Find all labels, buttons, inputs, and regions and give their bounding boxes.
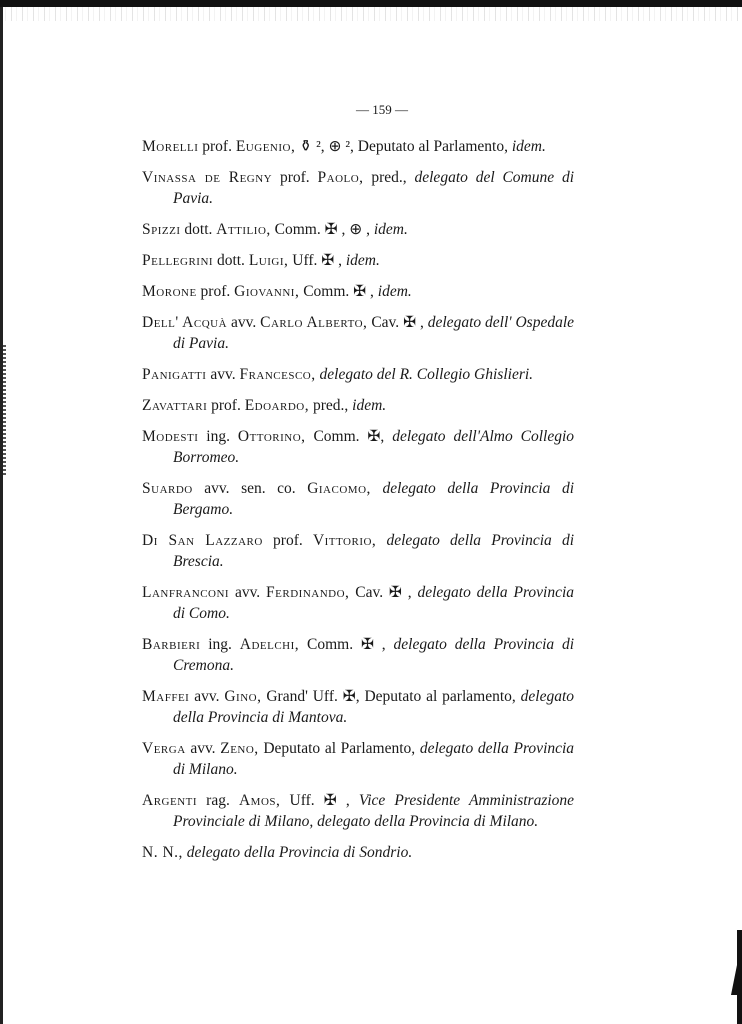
entry-title: avv.	[231, 314, 256, 331]
entry-honors: ⚱ ², ⊕ ², Deputato al Parlamento,	[299, 138, 508, 155]
entry-surname: Modesti	[142, 428, 198, 445]
entry-title: prof.	[273, 532, 303, 549]
entry-surname: Di San Lazzaro	[142, 532, 263, 549]
entry-role: idem.	[378, 283, 412, 300]
entry-given-name: Adelchi,	[240, 636, 299, 653]
entry-honors: pred.,	[371, 169, 406, 186]
entry-role: Vice Presidente Amministrazione Provinci…	[173, 792, 574, 830]
entry-honors: Comm. ✠ ,	[303, 283, 374, 300]
entry-given-name: Zeno,	[220, 740, 258, 757]
list-item: Spizzi dott. Attilio, Comm. ✠ , ⊕ , idem…	[142, 219, 574, 240]
list-item: Zavattari prof. Edoardo, pred., idem.	[142, 395, 574, 416]
scan-left-edge	[0, 7, 3, 1024]
scan-noise	[0, 7, 742, 21]
entry-title: avv.	[194, 688, 219, 705]
entry-surname: Morelli	[142, 138, 198, 155]
list-item: Suardo avv. sen. co. Giacomo, delegato d…	[142, 478, 574, 520]
entry-title: avv.	[190, 740, 215, 757]
entry-surname: Maffei	[142, 688, 189, 705]
list-item: Barbieri ing. Adelchi, Comm. ✠ , delegat…	[142, 634, 574, 676]
entry-role: idem.	[346, 252, 380, 269]
entry-surname: Morone	[142, 283, 197, 300]
entry-given-name: Ferdinando,	[266, 584, 349, 601]
scan-right-edge-shadow	[731, 965, 737, 995]
entry-honors: Cav. ✠ ,	[355, 584, 411, 601]
entry-surname: Spizzi	[142, 221, 181, 238]
entry-surname: Panigatti	[142, 366, 206, 383]
entry-title: prof.	[202, 138, 232, 155]
entry-role: delegato della Provincia di Sondrio.	[187, 844, 412, 861]
entry-given-name: Giovanni,	[234, 283, 299, 300]
entry-given-name: Ottorino,	[238, 428, 306, 445]
entry-given-name: Eugenio,	[236, 138, 296, 155]
entry-role: idem.	[352, 397, 386, 414]
entry-given-name: Luigi,	[249, 252, 289, 269]
entry-honors: Cav. ✠ ,	[371, 314, 424, 331]
scan-top-border	[0, 0, 742, 7]
entry-honors: pred.,	[313, 397, 348, 414]
list-item: Vinassa de Regny prof. Paolo, pred., del…	[142, 167, 574, 209]
list-item: Di San Lazzaro prof. Vittorio, delegato …	[142, 530, 574, 572]
entry-given-name: Paolo,	[318, 169, 364, 186]
scan-right-edge	[737, 930, 742, 1024]
entry-honors: Uff. ✠ ,	[292, 252, 342, 269]
entry-given-name: Carlo Alberto,	[260, 314, 367, 331]
delegate-list: Morelli prof. Eugenio, ⚱ ², ⊕ ², Deputat…	[142, 136, 574, 873]
entry-given-name: Gino,	[224, 688, 261, 705]
entry-honors: Comm. ✠ ,	[307, 636, 386, 653]
entry-given-name: Francesco,	[239, 366, 315, 383]
entry-role: idem.	[512, 138, 546, 155]
entry-surname: Vinassa de Regny	[142, 169, 272, 186]
entry-honors: Grand' Uff. ✠, Deputato al parlamento,	[266, 688, 515, 705]
entry-given-name: Giacomo,	[307, 480, 371, 497]
list-item: Argenti rag. Amos, Uff. ✠ , Vice Preside…	[142, 790, 574, 832]
entry-title: ing.	[208, 636, 232, 653]
list-item: Dell' Acquà avv. Carlo Alberto, Cav. ✠ ,…	[142, 312, 574, 354]
list-item: Maffei avv. Gino, Grand' Uff. ✠, Deputat…	[142, 686, 574, 728]
entry-given-name: Vittorio,	[313, 532, 376, 549]
entry-surname: Argenti	[142, 792, 197, 809]
entry-title: ing.	[206, 428, 230, 445]
entry-title: dott.	[184, 221, 212, 238]
entry-surname: Lanfranconi	[142, 584, 229, 601]
entry-honors: Deputato al Parlamento,	[263, 740, 415, 757]
entry-surname: Pellegrini	[142, 252, 213, 269]
entry-honors: Comm. ✠,	[313, 428, 384, 445]
entry-surname: Verga	[142, 740, 186, 757]
entry-title: avv.	[235, 584, 260, 601]
list-item: Lanfranconi avv. Ferdinando, Cav. ✠ , de…	[142, 582, 574, 624]
entry-surname: Dell' Acquà	[142, 314, 227, 331]
entry-role: delegato del R. Collegio Ghislieri.	[320, 366, 534, 383]
list-item: N. N., delegato della Provincia di Sondr…	[142, 842, 574, 863]
scan-left-edge-texture	[3, 345, 6, 475]
entry-surname: Barbieri	[142, 636, 200, 653]
list-item: Pellegrini dott. Luigi, Uff. ✠ , idem.	[142, 250, 574, 271]
list-item: Modesti ing. Ottorino, Comm. ✠, delegato…	[142, 426, 574, 468]
entry-title: avv. sen. co.	[204, 480, 295, 497]
entry-title: rag.	[206, 792, 230, 809]
entry-honors: Uff. ✠ ,	[290, 792, 350, 809]
entry-title: prof.	[201, 283, 231, 300]
entry-surname: Suardo	[142, 480, 193, 497]
entry-role: idem.	[374, 221, 408, 238]
entry-honors: Comm. ✠ , ⊕ ,	[275, 221, 370, 238]
entry-title: dott.	[217, 252, 245, 269]
entry-given-name: Edoardo,	[245, 397, 309, 414]
list-item: Morelli prof. Eugenio, ⚱ ², ⊕ ², Deputat…	[142, 136, 574, 157]
entry-given-name: Amos,	[239, 792, 280, 809]
entry-title: prof.	[280, 169, 310, 186]
list-item: Panigatti avv. Francesco, delegato del R…	[142, 364, 574, 385]
list-item: Verga avv. Zeno, Deputato al Parlamento,…	[142, 738, 574, 780]
entry-title: prof.	[211, 397, 241, 414]
page-number: — 159 —	[0, 102, 742, 118]
list-item: Morone prof. Giovanni, Comm. ✠ , idem.	[142, 281, 574, 302]
entry-surname: N. N.,	[142, 844, 183, 861]
entry-given-name: Attilio,	[216, 221, 271, 238]
entry-surname: Zavattari	[142, 397, 207, 414]
entry-title: avv.	[210, 366, 235, 383]
